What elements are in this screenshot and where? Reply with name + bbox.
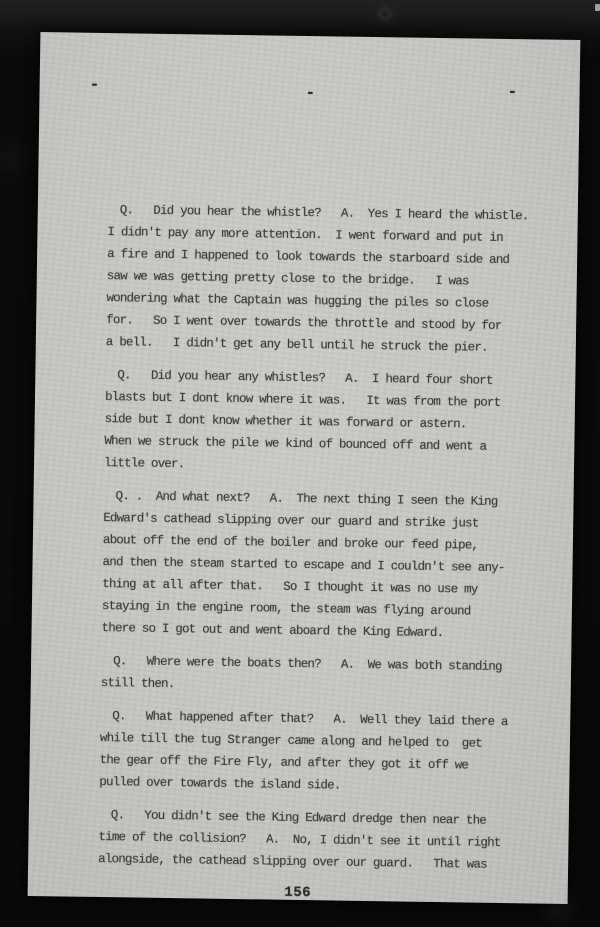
scan-backdrop: - - - Q. Did you hear the whistle? A. Ye… [0, 0, 600, 927]
qa-paragraph-2: Q. Did you hear any whistles? A. I heard… [104, 364, 551, 481]
document-page: - - - Q. Did you hear the whistle? A. Ye… [28, 32, 581, 904]
qa-paragraph-1: Q. Did you hear the whistle? A. Yes I he… [106, 199, 553, 360]
qa-paragraph-4: Q. Where were the boats then? A. We was … [101, 650, 547, 701]
qa-paragraph-5: Q. What happened after that? A. Well the… [99, 705, 545, 800]
qa-paragraph-3: Q. . And what next? A. The next thing I … [101, 485, 548, 646]
page-number: 156 [28, 881, 568, 905]
ditto-dash-center: - [305, 85, 315, 101]
ditto-dash-left: - [90, 77, 100, 93]
ditto-dash-right: - [507, 84, 517, 100]
transcript-body: Q. Did you hear the whistle? A. Yes I he… [98, 199, 553, 877]
scan-artifact-speck [595, 4, 600, 11]
qa-paragraph-6: Q. You didn't see the King Edward dredge… [98, 804, 544, 877]
